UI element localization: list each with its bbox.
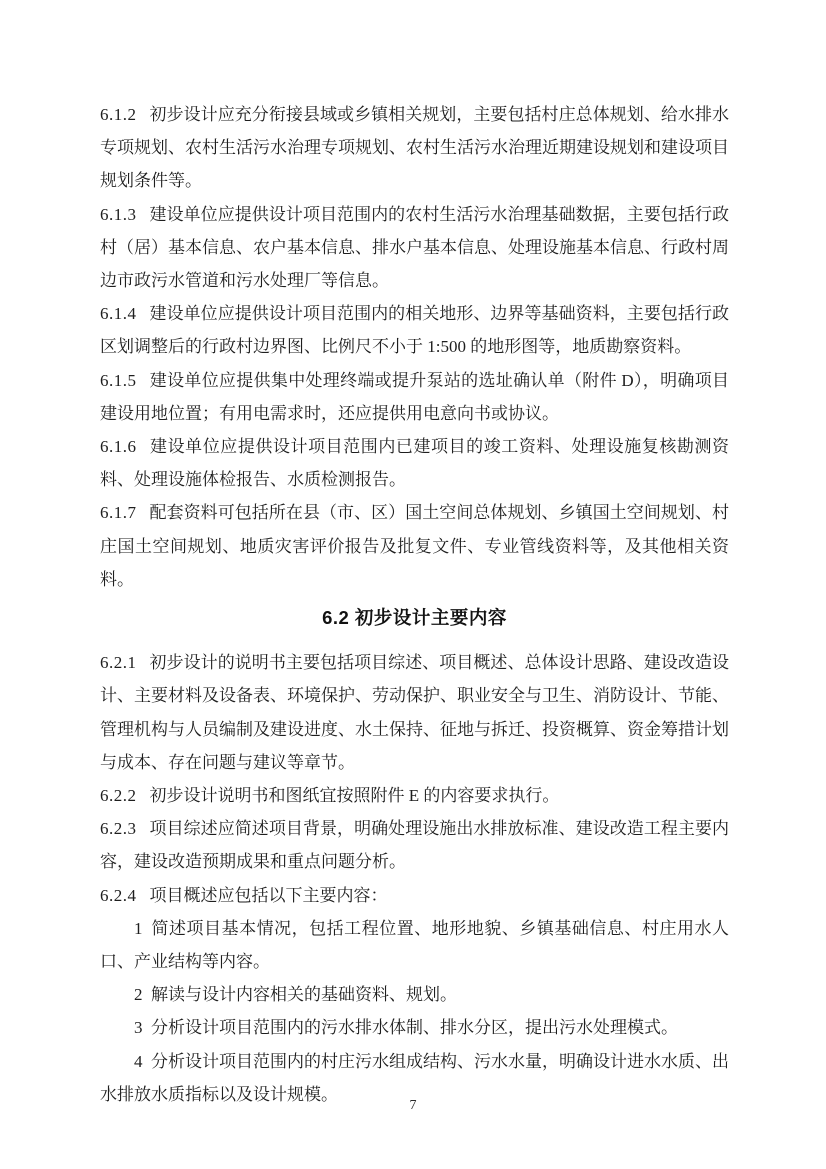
sub-item-number: 2 xyxy=(134,985,143,1004)
page-number: 7 xyxy=(0,1096,826,1116)
clause-text: 配套资料可包括所在县（市、区）国土空间总体规划、乡镇国土空间规划、村庄国土空间规… xyxy=(100,503,729,588)
clause-number: 6.2.2 xyxy=(100,786,137,805)
clause-6-1-5: 6.1.5建设单位应提供集中处理终端或提升泵站的选址确认单（附件 D），明确项目… xyxy=(100,364,729,430)
clause-6-2-4: 6.2.4项目概述应包括以下主要内容： xyxy=(100,879,729,912)
sub-item-1: 1简述项目基本情况，包括工程位置、地形地貌、乡镇基础信息、村庄用水人口、产业结构… xyxy=(100,912,729,978)
clause-text: 初步设计说明书和图纸宜按照附件 E 的内容要求执行。 xyxy=(150,786,560,805)
clause-number: 6.2.3 xyxy=(100,819,137,838)
sub-item-2: 2解读与设计内容相关的基础资料、规划。 xyxy=(100,978,729,1011)
sub-item-3: 3分析设计项目范围内的污水排水体制、排水分区，提出污水处理模式。 xyxy=(100,1011,729,1044)
clause-number: 6.1.2 xyxy=(100,105,137,124)
sub-item-text: 解读与设计内容相关的基础资料、规划。 xyxy=(151,985,457,1004)
clause-6-2-2: 6.2.2初步设计说明书和图纸宜按照附件 E 的内容要求执行。 xyxy=(100,779,729,812)
clause-text: 初步设计的说明书主要包括项目综述、项目概述、总体设计思路、建设改造设计、主要材料… xyxy=(100,653,729,772)
clause-6-1-2: 6.1.2初步设计应充分衔接县域或乡镇相关规划，主要包括村庄总体规划、给水排水专… xyxy=(100,98,729,198)
clause-6-1-3: 6.1.3建设单位应提供设计项目范围内的农村生活污水治理基础数据，主要包括行政村… xyxy=(100,198,729,298)
clause-number: 6.2.1 xyxy=(100,653,137,672)
sub-item-number: 4 xyxy=(134,1052,143,1071)
document-body: 6.1.2初步设计应充分衔接县域或乡镇相关规划，主要包括村庄总体规划、给水排水专… xyxy=(100,98,729,1111)
clause-number: 6.1.4 xyxy=(100,304,137,323)
clause-text: 项目综述应简述项目背景，明确处理设施出水排放标准、建设改造工程主要内容，建设改造… xyxy=(100,819,729,871)
section-heading-6-2: 6.2 初步设计主要内容 xyxy=(100,601,729,634)
clause-text: 初步设计应充分衔接县域或乡镇相关规划，主要包括村庄总体规划、给水排水专项规划、农… xyxy=(100,105,729,190)
sub-item-number: 1 xyxy=(134,919,143,938)
sub-item-text: 分析设计项目范围内的污水排水体制、排水分区，提出污水处理模式。 xyxy=(151,1018,678,1037)
clause-number: 6.1.3 xyxy=(100,205,137,224)
clause-number: 6.1.6 xyxy=(100,437,137,456)
clause-6-2-3: 6.2.3项目综述应简述项目背景，明确处理设施出水排放标准、建设改造工程主要内容… xyxy=(100,812,729,878)
clause-text: 建设单位应提供设计项目范围内已建项目的竣工资料、处理设施复核勘测资料、处理设施体… xyxy=(100,437,729,489)
clause-number: 6.1.7 xyxy=(100,503,137,522)
clause-number: 6.1.5 xyxy=(100,371,137,390)
clause-text: 项目概述应包括以下主要内容： xyxy=(150,886,388,905)
sub-item-text: 简述项目基本情况，包括工程位置、地形地貌、乡镇基础信息、村庄用水人口、产业结构等… xyxy=(100,919,729,971)
document-page: 6.1.2初步设计应充分衔接县域或乡镇相关规划，主要包括村庄总体规划、给水排水专… xyxy=(0,0,826,1169)
clause-6-2-1: 6.2.1初步设计的说明书主要包括项目综述、项目概述、总体设计思路、建设改造设计… xyxy=(100,646,729,779)
clause-6-1-6: 6.1.6建设单位应提供设计项目范围内已建项目的竣工资料、处理设施复核勘测资料、… xyxy=(100,430,729,496)
clause-number: 6.2.4 xyxy=(100,886,137,905)
clause-text: 建设单位应提供集中处理终端或提升泵站的选址确认单（附件 D），明确项目建设用地位… xyxy=(100,371,729,423)
clause-text: 建设单位应提供设计项目范围内的相关地形、边界等基础资料，主要包括行政区划调整后的… xyxy=(100,304,729,356)
clause-text: 建设单位应提供设计项目范围内的农村生活污水治理基础数据，主要包括行政村（居）基本… xyxy=(100,205,729,290)
clause-6-1-4: 6.1.4建设单位应提供设计项目范围内的相关地形、边界等基础资料，主要包括行政区… xyxy=(100,297,729,363)
sub-item-number: 3 xyxy=(134,1018,143,1037)
clause-6-1-7: 6.1.7配套资料可包括所在县（市、区）国土空间总体规划、乡镇国土空间规划、村庄… xyxy=(100,496,729,596)
